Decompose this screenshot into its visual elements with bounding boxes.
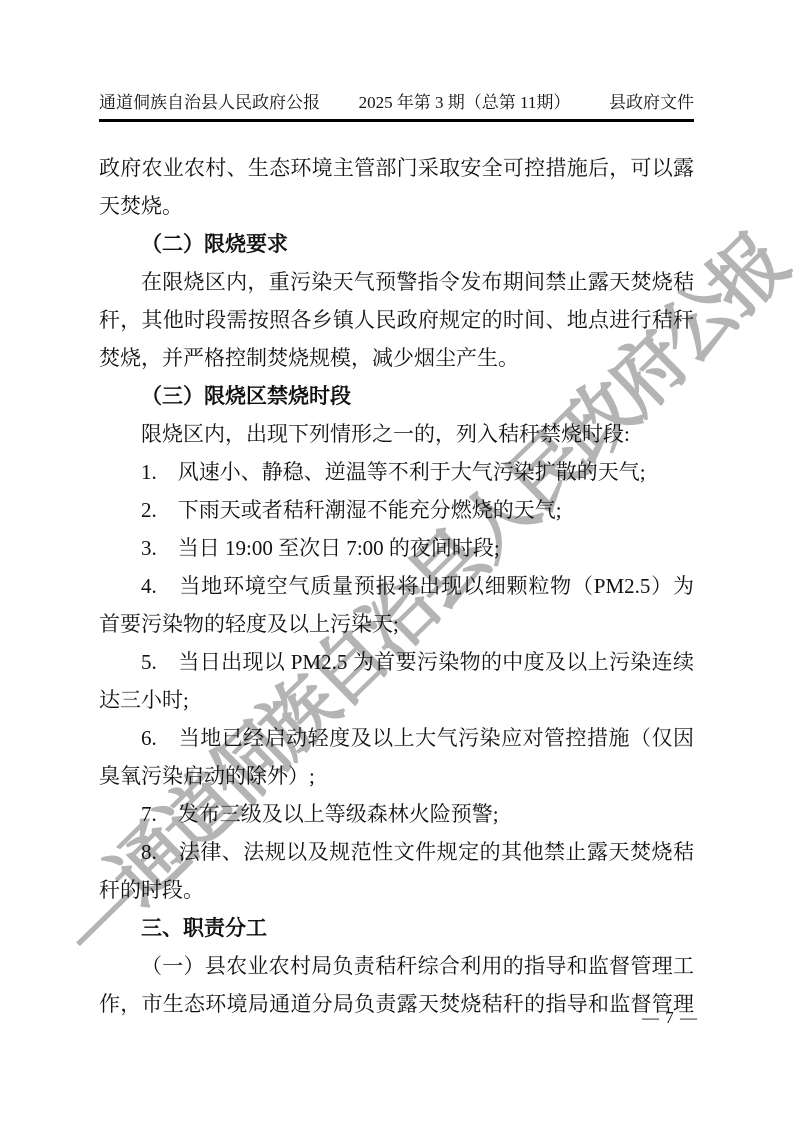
list-item: 4. 当地环境空气质量预报将出现以细颗粒物（PM2.5）为首要污染物的轻度及以上… [99,567,694,643]
section-heading: （二）限烧要求 [99,225,694,263]
list-item: 8. 法律、法规以及规范性文件规定的其他禁止露天焚烧秸秆的时段。 [99,833,694,909]
paragraph: 在限烧区内，重污染天气预警指令发布期间禁止露天焚烧秸秆，其他时段需按照各乡镇人民… [99,263,694,377]
list-item: 2. 下雨天或者秸秆潮湿不能充分燃烧的天气; [99,491,694,529]
document-body: 政府农业农村、生态环境主管部门采取安全可控措施后，可以露天焚烧。（二）限烧要求在… [99,149,694,1023]
list-item: 1. 风速小、静稳、逆温等不利于大气污染扩散的天气; [99,453,694,491]
paragraph: （一）县农业农村局负责秸秆综合利用的指导和监督管理工作，市生态环境局通道分局负责… [99,947,694,1023]
list-item: 3. 当日 19:00 至次日 7:00 的夜间时段; [99,529,694,567]
list-item: 5. 当日出现以 PM2.5 为首要污染物的中度及以上污染连续达三小时; [99,643,694,719]
list-item: 7. 发布三级及以上等级森林火险预警; [99,795,694,833]
page-number: — 7 — [642,1008,698,1027]
list-item: 6. 当地已经启动轻度及以上大气污染应对管控措施（仅因臭氧污染启动的除外）; [99,719,694,795]
page-header: 通道侗族自治县人民政府公报 2025 年第 3 期（总第 11期） 县政府文件 [99,92,694,122]
section-heading: 三、职责分工 [99,909,694,947]
page-footer: — 7 — [642,1008,698,1028]
paragraph-continuation: 政府农业农村、生态环境主管部门采取安全可控措施后，可以露天焚烧。 [99,149,694,225]
page-content: 通道侗族自治县人民政府公报 2025 年第 3 期（总第 11期） 县政府文件 … [0,0,793,1023]
header-section-label: 县政府文件 [609,92,694,114]
gazette-page: —通道侗族自治县人民政府公报 通道侗族自治县人民政府公报 2025 年第 3 期… [0,0,793,1122]
paragraph: 限烧区内，出现下列情形之一的，列入秸秆禁烧时段: [99,415,694,453]
header-publication-title: 通道侗族自治县人民政府公报 [99,92,320,114]
section-heading: （三）限烧区禁烧时段 [99,377,694,415]
header-issue-info: 2025 年第 3 期（总第 11期） [359,92,571,114]
